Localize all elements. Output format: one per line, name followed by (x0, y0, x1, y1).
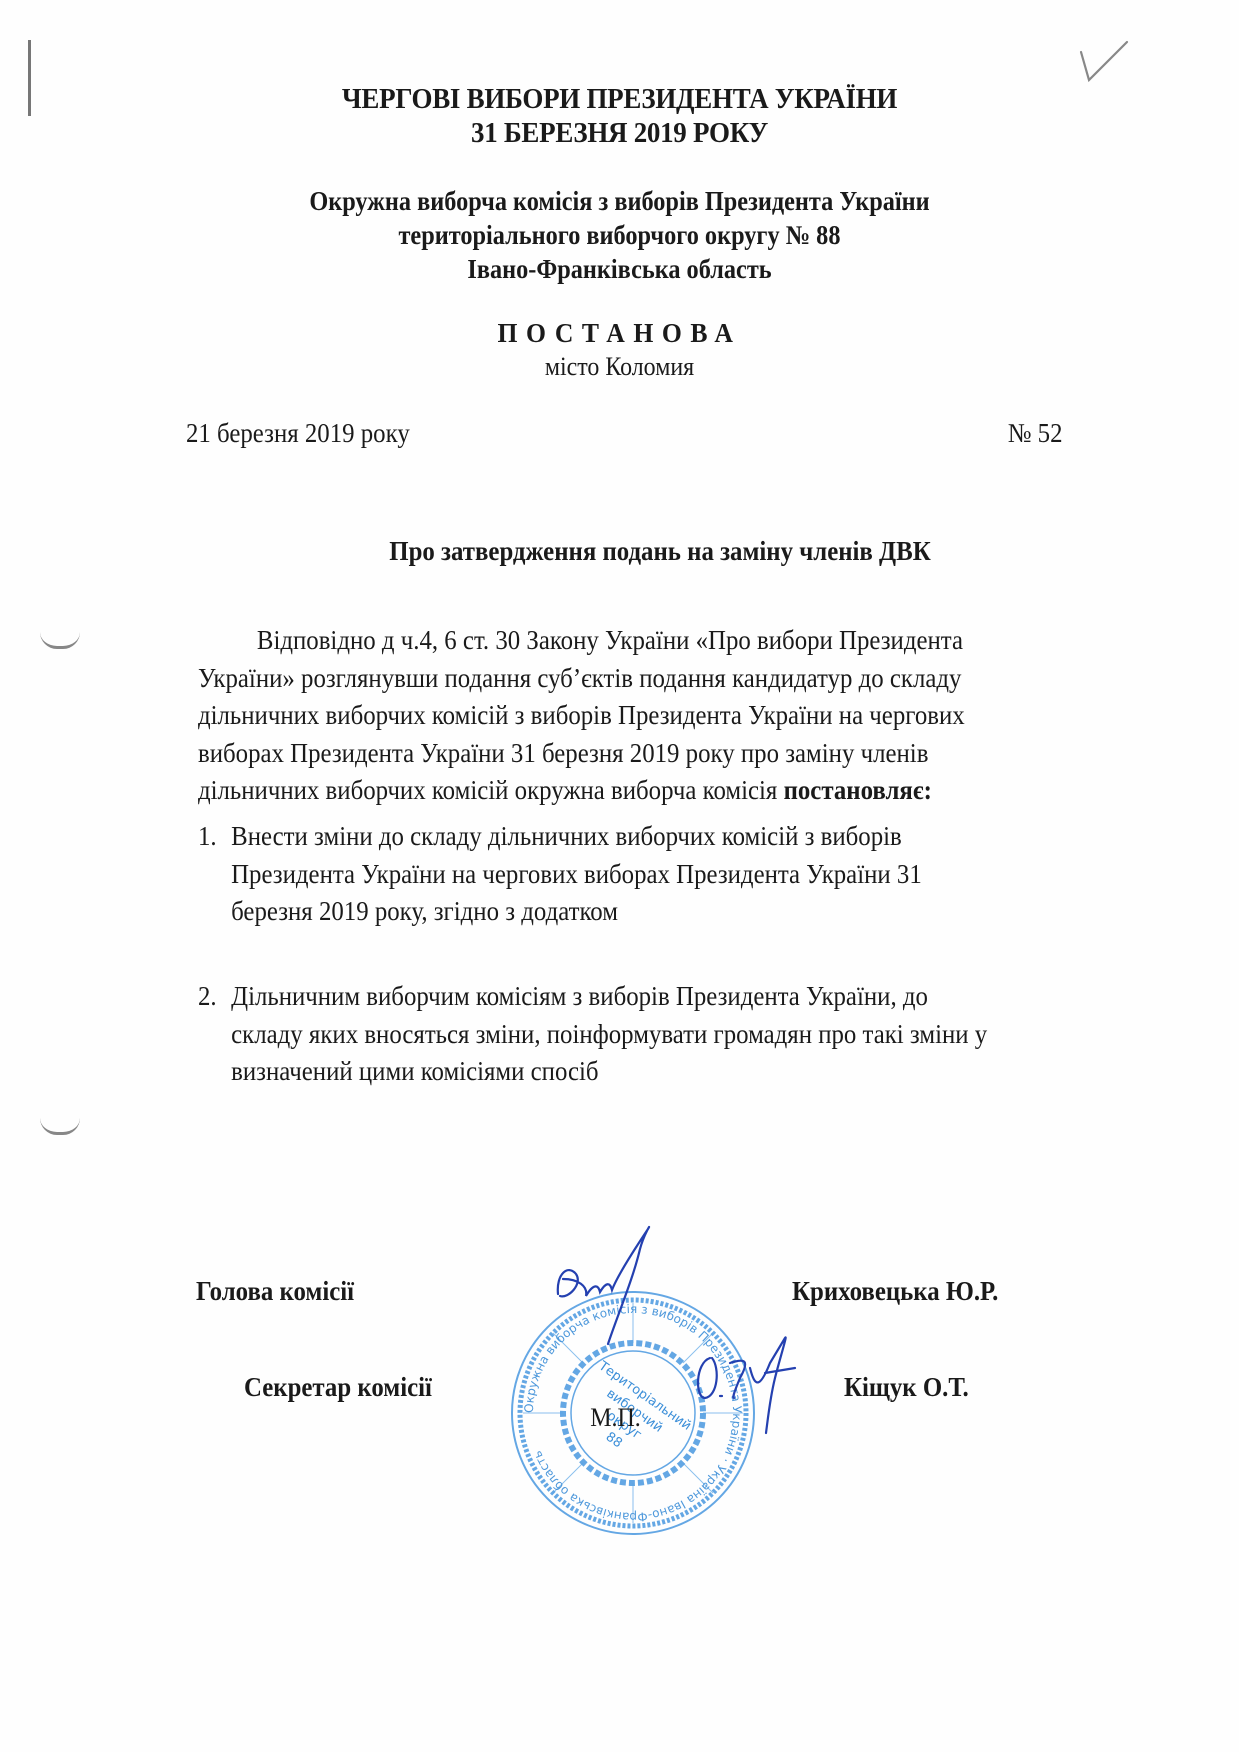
city: місто Коломия (50, 352, 1190, 382)
resolution-item-1: 1.Внести зміни до складу дільничних вибо… (198, 818, 1118, 931)
document-type: ПОСТАНОВА (31, 318, 1208, 349)
secretary-name: Кіщук О.Т. (844, 1372, 969, 1403)
staple-mark (28, 40, 31, 116)
chair-signature (548, 1224, 678, 1354)
secretary-signature (690, 1318, 810, 1438)
item-number: 1. (198, 818, 231, 856)
item-text: визначений цими комісіями спосіб (198, 1053, 1044, 1091)
election-title-line1: ЧЕРГОВІ ВИБОРИ ПРЕЗИДЕНТА УКРАЇНИ (43, 82, 1195, 116)
preamble-last-text: дільничних виборчих комісій окружна вибо… (198, 775, 784, 805)
item-text: складу яких вносяться зміни, поінформува… (198, 1016, 1044, 1054)
chair-name: Криховецька Ю.Р. (792, 1276, 998, 1307)
preamble-line: дільничних виборчих комісій з виборів Пр… (198, 697, 1044, 735)
punch-hole-mark (40, 632, 80, 649)
resolves-keyword: постановляє: (784, 775, 932, 805)
preamble-line: Відповідно д ч.4, 6 ст. 30 Закону Україн… (198, 622, 1044, 660)
chair-label: Голова комісії (196, 1276, 354, 1307)
seal-placeholder-label: М.П. (590, 1403, 641, 1433)
document-number: № 52 (1008, 418, 1063, 449)
punch-hole-mark (40, 1118, 80, 1135)
election-title-line2: 31 БЕРЕЗНЯ 2019 РОКУ (43, 116, 1195, 150)
commission-name-line1: Окружна виборча комісія з виборів Презид… (62, 185, 1177, 218)
preamble-line: дільничних виборчих комісій окружна вибо… (198, 772, 1044, 810)
item-text: Президента України на чергових виборах П… (198, 856, 1044, 894)
document-page: ЧЕРГОВІ ВИБОРИ ПРЕЗИДЕНТА УКРАЇНИ 31 БЕР… (0, 0, 1239, 1752)
commission-region: Івано-Франківська область (62, 253, 1177, 286)
preamble-paragraph: Відповідно д ч.4, 6 ст. 30 Закону Україн… (198, 622, 1118, 810)
resolution-item-2: 2.Дільничним виборчим комісіям з виборів… (198, 978, 1118, 1091)
preamble-line: виборах Президента України 31 березня 20… (198, 735, 1044, 773)
item-text: Внести зміни до складу дільничних виборч… (231, 821, 902, 851)
document-date: 21 березня 2019 року (186, 418, 410, 449)
item-text: Дільничним виборчим комісіям з виборів П… (231, 981, 928, 1011)
commission-name-line2: територіального виборчого округу № 88 (62, 219, 1177, 252)
preamble-line: України» розглянувши подання суб’єктів п… (198, 660, 1044, 698)
item-number: 2. (198, 978, 231, 1016)
secretary-label: Секретар комісії (244, 1372, 432, 1403)
item-text: березня 2019 року, згідно з додатком (198, 893, 1044, 931)
document-subject: Про затвердження подань на заміну членів… (53, 536, 1239, 567)
